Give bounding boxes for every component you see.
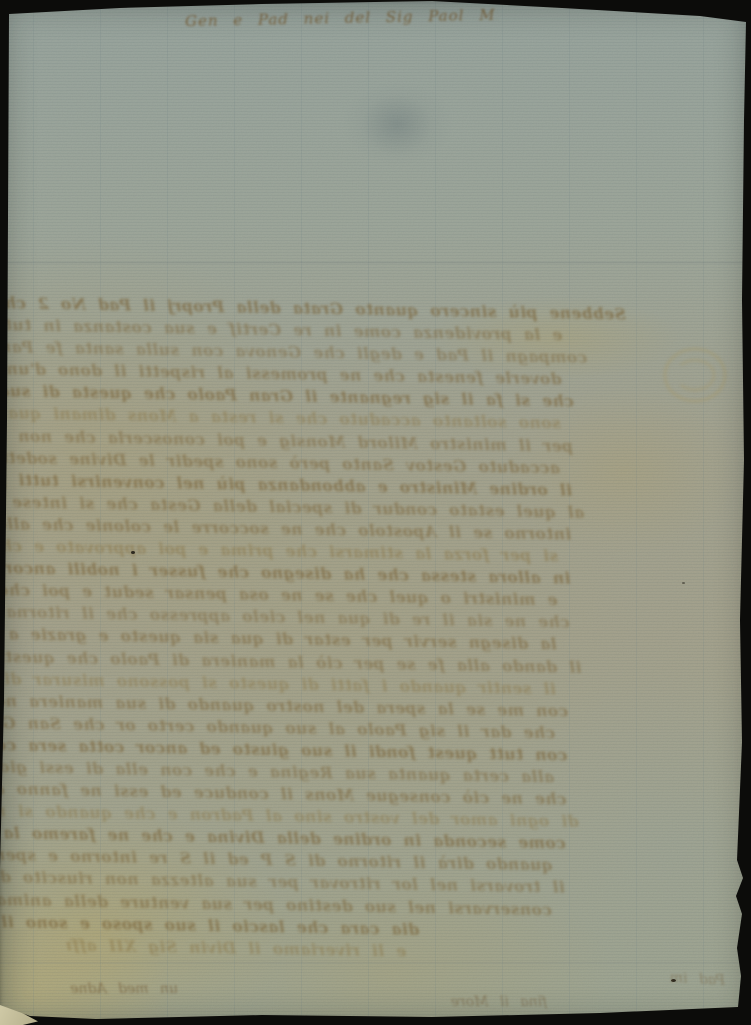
gray-smudge [362,95,432,155]
bottom-fragment-right: Pad im [620,967,726,988]
horizontal-fold-crease [0,262,751,264]
ink-speck [682,582,685,584]
ring-stain [664,348,726,402]
top-annotation: Gen e Pad nei del Sig Paol Mre [185,6,497,31]
top-annotation-right: sta me [543,0,749,16]
horizontal-fold-crease [0,962,751,964]
scanner-background: Gen e Pad nei del Sig Paol Mre sta me Se… [0,0,751,1025]
bleed-text: Sebbene più sincero quanto Grata della P… [0,292,626,966]
manuscript-page: Gen e Pad nei del Sig Paol Mre sta me Se… [0,0,751,1025]
bottom-fragment-left: un med Adne [28,981,178,997]
bottom-fragment-center: fina il More [412,994,547,1010]
ink-speck [131,551,135,554]
